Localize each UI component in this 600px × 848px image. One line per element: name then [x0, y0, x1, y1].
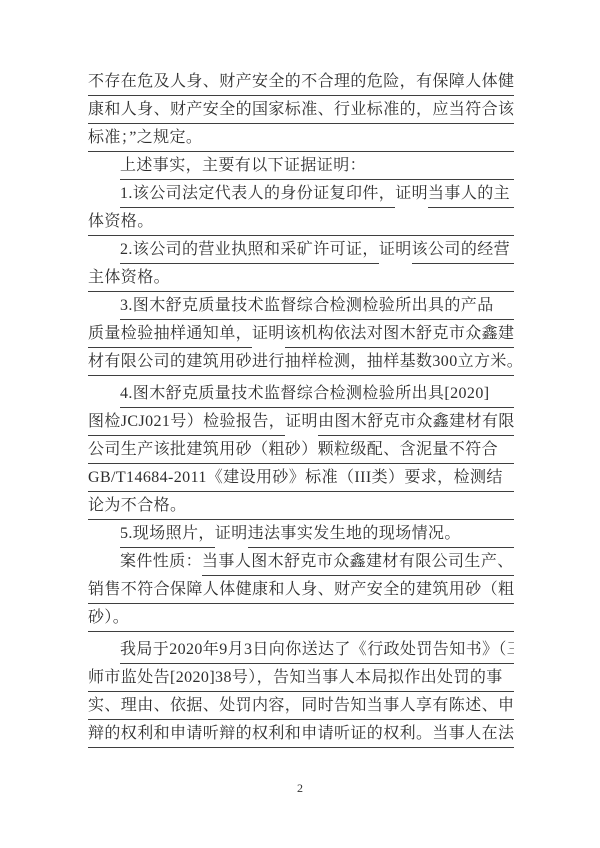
- plain-text: 证明: [252, 320, 285, 348]
- text-line: 5.现场照片，证明违法事实发生地的现场情况。: [88, 520, 514, 548]
- underlined-text: 3.图木舒克质量技术监督综合检测检验所出具的产品: [120, 292, 494, 320]
- text-line: 砂）。: [88, 604, 514, 632]
- text-line: 不存在危及人身、财产安全的不合理的危险，有保障人体健: [88, 68, 514, 96]
- underlined-text: 当事人的主: [428, 180, 510, 208]
- underlined-text: 主体资格。: [88, 264, 170, 292]
- paragraph-indent: [88, 380, 120, 408]
- paragraph-indent: [88, 292, 120, 320]
- underlined-text: 由图木舒克市众鑫建材有限: [318, 408, 514, 436]
- text-line: 材有限公司的建筑用砂进行抽样检测，抽样基数300立方米。: [88, 348, 514, 376]
- underlined-text: 不存在危及人身、财产安全的不合理的危险，有保障人体健: [88, 68, 514, 96]
- underlined-text: 辩的权利和申请听辩的权利和申请听证的权利。当事人在法: [88, 720, 514, 748]
- underlined-text: GB/T14684-2011《建设用砂》标准（III类）要求，检测结: [88, 464, 503, 492]
- text-line: 论为不合格。: [88, 492, 514, 520]
- plain-text: 证明: [285, 408, 318, 436]
- text-line: 图检JCJ021号）检验报告，证明由图木舒克市众鑫建材有限: [88, 408, 514, 436]
- underlined-text: 标准；”之规定。: [88, 124, 202, 152]
- text-line: 案件性质：当事人图木舒克市众鑫建材有限公司生产、: [88, 548, 514, 576]
- underline-fill: [366, 152, 514, 180]
- underlined-text: 质量检验抽样通知单，: [88, 320, 252, 348]
- underline-fill: [202, 124, 514, 152]
- document-page: 不存在危及人身、财产安全的不合理的危险，有保障人体健康和人身、财产安全的国家标准…: [0, 0, 600, 848]
- text-line: 3.图木舒克质量技术监督综合检测检验所出具的产品: [88, 292, 514, 320]
- underline-fill: [489, 380, 514, 408]
- underline-fill: [461, 520, 514, 548]
- underlined-text: 销售不符合保障人体健康和人身、财产安全的建筑用砂（粗: [88, 576, 514, 604]
- underlined-text: 体资格。: [88, 208, 154, 236]
- text-line: 标准；”之规定。: [88, 124, 514, 152]
- underlined-text: 我局于2020年9月3日向你送达了《行政处罚告知书》（三: [120, 636, 514, 664]
- underline-fill: [503, 464, 514, 492]
- underlined-text: 材有限公司的建筑用砂进行抽样检测，抽样基数300立方米。: [88, 348, 514, 376]
- text-line: 师市监处告[2020]38号），告知当事人本局拟作出处罚的事: [88, 664, 514, 692]
- underline-fill: [510, 236, 514, 264]
- underline-fill: [503, 664, 514, 692]
- text-line: 质量检验抽样通知单，证明该机构依法对图木舒克市众鑫建: [88, 320, 514, 348]
- paragraph-indent: [88, 180, 120, 208]
- underlined-text: 当事人图木舒克市众鑫建材有限公司生产、: [202, 548, 514, 576]
- underlined-text: 4.图木舒克质量技术监督综合检测检验所出具[2020]: [120, 380, 489, 408]
- underlined-text: 该公司的经营: [412, 236, 510, 264]
- underline-fill: [498, 436, 514, 464]
- underlined-text: 实、理由、依据、处罚内容，同时告知当事人享有陈述、申: [88, 692, 514, 720]
- text-line: 我局于2020年9月3日向你送达了《行政处罚告知书》（三: [88, 636, 514, 664]
- plain-text: 证明: [379, 236, 412, 264]
- underlined-text: 上述事实，主要有以下证据证明：: [120, 152, 366, 180]
- underline-fill: [129, 604, 514, 632]
- text-line: 2.该公司的营业执照和采矿许可证，证明该公司的经营: [88, 236, 514, 264]
- text-line: 主体资格。: [88, 264, 514, 292]
- text-line: 销售不符合保障人体健康和人身、财产安全的建筑用砂（粗: [88, 576, 514, 604]
- underlined-text: 图检JCJ021号）检验报告，: [88, 408, 285, 436]
- underlined-text: 该机构依法对图木舒克市众鑫建: [285, 320, 514, 348]
- text-line: 1.该公司法定代表人的身份证复印件，证明当事人的主: [88, 180, 514, 208]
- text-line: 4.图木舒克质量技术监督综合检测检验所出具[2020]: [88, 380, 514, 408]
- underline-fill: [510, 180, 514, 208]
- paragraph-indent: [88, 520, 120, 548]
- plain-text: 证明: [395, 180, 428, 208]
- underlined-text: 公司生产该批建筑用砂（粗砂）颗粒级配、含泥量不符合: [88, 436, 498, 464]
- underline-fill: [154, 208, 514, 236]
- page-number: 2: [0, 781, 600, 796]
- underlined-text: 师市监处告[2020]38号），告知当事人本局拟作出处罚的事: [88, 664, 503, 692]
- underline-fill: [170, 264, 514, 292]
- underlined-text: 违法事实发生地的现场情况。: [248, 520, 461, 548]
- underline-fill: [186, 492, 514, 520]
- text-line: 实、理由、依据、处罚内容，同时告知当事人享有陈述、申: [88, 692, 514, 720]
- underlined-text: 5.现场照片，: [120, 520, 215, 548]
- underlined-text: 2.该公司的营业执照和采矿许可证，: [120, 236, 379, 264]
- paragraph-indent: [88, 236, 120, 264]
- plain-text: 案件性质：: [120, 548, 202, 576]
- text-line: 辩的权利和申请听辩的权利和申请听证的权利。当事人在法: [88, 720, 514, 748]
- underlined-text: 论为不合格。: [88, 492, 186, 520]
- plain-text: 证明: [215, 520, 248, 548]
- underlined-text: 砂）。: [88, 604, 129, 632]
- paragraph-indent: [88, 152, 120, 180]
- paragraph-indent: [88, 548, 120, 576]
- text-line: 体资格。: [88, 208, 514, 236]
- text-line: 上述事实，主要有以下证据证明：: [88, 152, 514, 180]
- underlined-text: 康和人身、财产安全的国家标准、行业标准的，应当符合该: [88, 96, 514, 124]
- text-line: 康和人身、财产安全的国家标准、行业标准的，应当符合该: [88, 96, 514, 124]
- text-line: 公司生产该批建筑用砂（粗砂）颗粒级配、含泥量不符合: [88, 436, 514, 464]
- underline-fill: [494, 292, 514, 320]
- paragraph-indent: [88, 636, 120, 664]
- text-line: GB/T14684-2011《建设用砂》标准（III类）要求，检测结: [88, 464, 514, 492]
- underlined-text: 1.该公司法定代表人的身份证复印件，: [120, 180, 395, 208]
- document-body: 不存在危及人身、财产安全的不合理的危险，有保障人体健康和人身、财产安全的国家标准…: [88, 68, 514, 748]
